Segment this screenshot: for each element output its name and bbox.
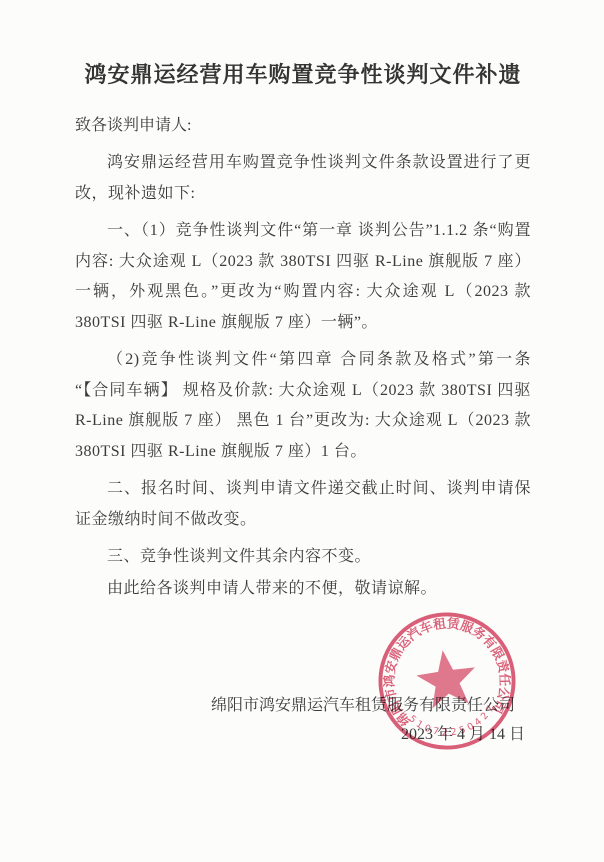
- signature-block: 绵阳市鸿安鼎运汽车租赁服务有限责任公司 2023 年 4 月 14 日: [75, 692, 531, 748]
- intro-paragraph: 鸿安鼎运经营用车购置竞争性谈判文件条款设置进行了更改，现补遗如下:: [75, 148, 531, 209]
- document-page: 鸿安鼎运经营用车购置竞争性谈判文件补遗 致各谈判申请人: 鸿安鼎运经营用车购置竞…: [0, 0, 604, 862]
- section-2-paragraph: （2)竞争性谈判文件“第四章 合同条款及格式”第一条 “【合同车辆】 规格及价款…: [75, 345, 531, 467]
- section-3-paragraph: 二、报名时间、谈判申请文件递交截止时间、谈判申请保证金缴纳时间不做改变。: [75, 474, 531, 535]
- document-content: 鸿安鼎运经营用车购置竞争性谈判文件补遗 致各谈判申请人: 鸿安鼎运经营用车购置竞…: [75, 0, 531, 748]
- section-4-paragraph: 三、竞争性谈判文件其余内容不变。: [75, 542, 531, 573]
- section-1-paragraph: 一、（1）竞争性谈判文件“第一章 谈判公告”1.1.2 条“购置内容: 大众途观…: [75, 216, 531, 338]
- greeting-line: 致各谈判申请人:: [75, 114, 531, 138]
- signature-date: 2023 年 4 月 14 日: [75, 721, 525, 748]
- closing-paragraph: 由此给各谈判申请人带来的不便，敬请谅解。: [75, 574, 531, 605]
- signature-company: 绵阳市鸿安鼎运汽车租赁服务有限责任公司: [75, 692, 525, 719]
- document-title: 鸿安鼎运经营用车购置竞争性谈判文件补遗: [75, 60, 531, 90]
